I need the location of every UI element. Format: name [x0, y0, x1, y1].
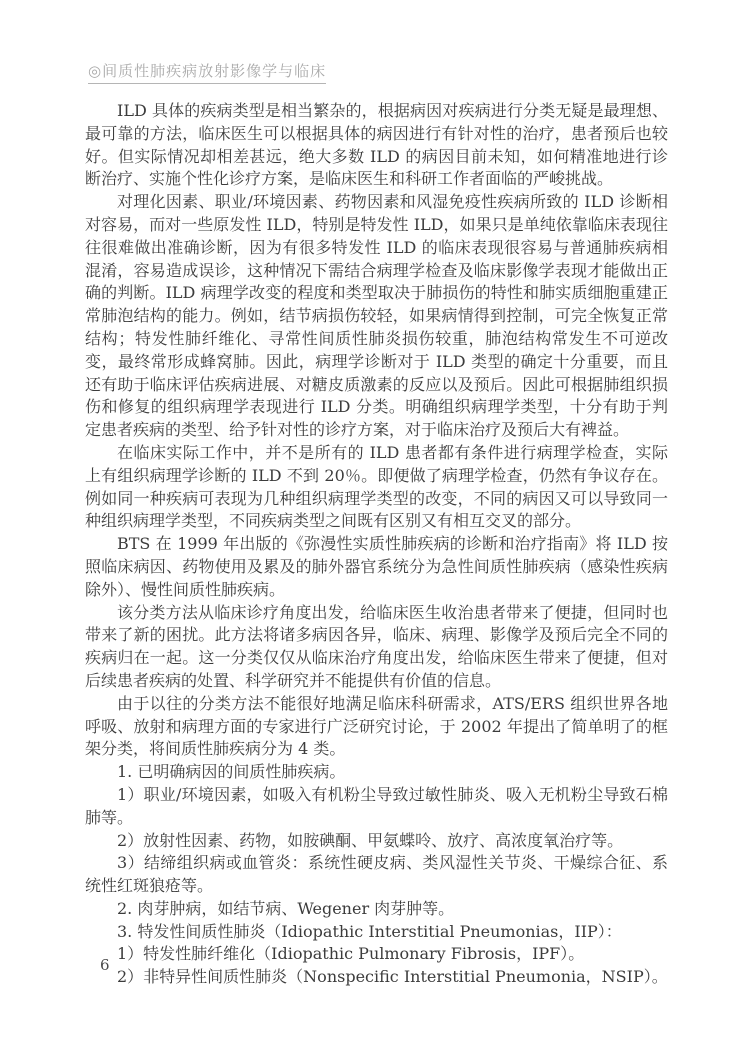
list-item-sub: 1）职业/环境因素，如吸入有机粉尘导致过敏性肺炎、吸入无机粉尘导致石棉肺等。: [85, 784, 668, 830]
page-number: 6: [100, 956, 110, 974]
list-item-numbered: 3. 特发性间质性肺炎（Idiopathic Interstitial Pneu…: [85, 921, 668, 944]
paragraph: 由于以往的分类方法不能很好地满足临床科研需求，ATS/ERS 组织世界各地呼吸、…: [85, 693, 668, 761]
paragraph: ILD 具体的疾病类型是相当繁杂的，根据病因对疾病进行分类无疑是最理想、最可靠的…: [85, 100, 668, 191]
book-page: ◎间质性肺疾病放射影像学与临床 ILD 具体的疾病类型是相当繁杂的，根据病因对疾…: [0, 0, 750, 1045]
list-item-sub: 3）结缔组织病或血管炎：系统性硬皮病、类风湿性关节炎、干燥综合征、系统性红斑狼疮…: [85, 852, 668, 898]
list-item-sub: 2）非特异性间质性肺炎（Nonspecific Interstitial Pne…: [85, 966, 668, 989]
body-text: ILD 具体的疾病类型是相当繁杂的，根据病因对疾病进行分类无疑是最理想、最可靠的…: [85, 100, 668, 989]
running-header: ◎间质性肺疾病放射影像学与临床: [88, 60, 326, 84]
paragraph: 对理化因素、职业/环境因素、药物因素和风湿免疫性疾病所致的 ILD 诊断相对容易…: [85, 191, 668, 442]
paragraph: BTS 在 1999 年出版的《弥漫性实质性肺疾病的诊断和治疗指南》将 ILD …: [85, 533, 668, 601]
paragraph: 该分类方法从临床诊疗角度出发，给临床医生收治患者带来了便捷，但同时也带来了新的困…: [85, 602, 668, 693]
list-item-sub: 1）特发性肺纤维化（Idiopathic Pulmonary Fibrosis，…: [85, 943, 668, 966]
list-item-sub: 2）放射性因素、药物，如胺碘酮、甲氨蝶呤、放疗、高浓度氧治疗等。: [85, 830, 668, 853]
paragraph: 在临床实际工作中，并不是所有的 ILD 患者都有条件进行病理学检查，实际上有组织…: [85, 442, 668, 533]
list-item-numbered: 2. 肉芽肿病，如结节病、Wegener 肉芽肿等。: [85, 898, 668, 921]
list-item-numbered: 1. 已明确病因的间质性肺疾病。: [85, 761, 668, 784]
